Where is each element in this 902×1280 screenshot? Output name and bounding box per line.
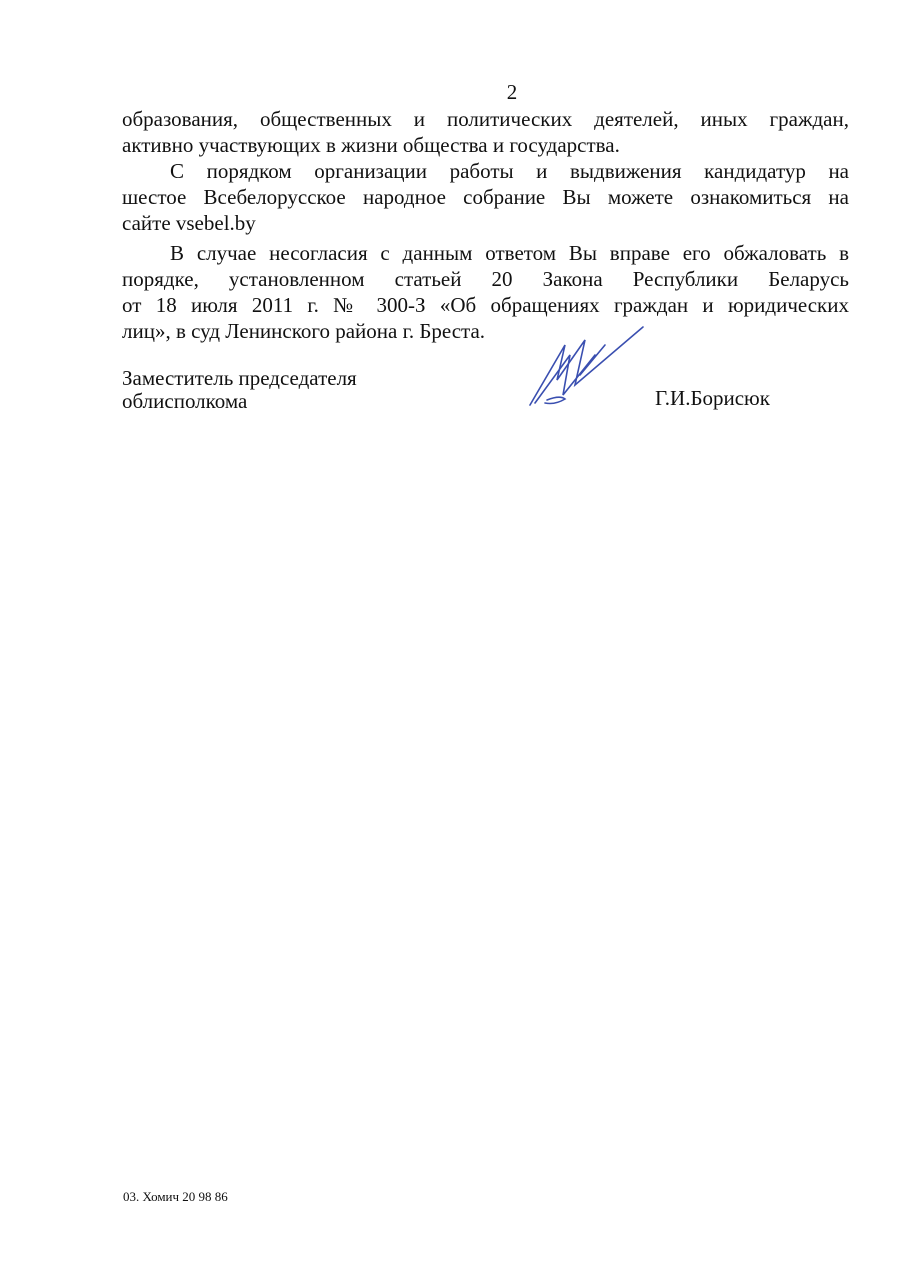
executor-footer: 03. Хомич 20 98 86 xyxy=(123,1189,228,1205)
signer-name: Г.И.Борисюк xyxy=(655,386,770,411)
paragraph-line: порядке, установленном статьей 20 Закона… xyxy=(122,266,849,292)
signer-title-org: облисполкома xyxy=(122,389,247,413)
paragraph-line: образования, общественных и политических… xyxy=(122,106,849,132)
paragraph-line: С порядком организации работы и выдвижен… xyxy=(170,158,849,184)
paragraph-line: лиц», в суд Ленинского района г. Бреста. xyxy=(122,318,849,344)
paragraph-line: В случае несогласия с данным ответом Вы … xyxy=(170,240,849,266)
paragraph-line: шестое Всебелорусское народное собрание … xyxy=(122,184,849,210)
signer-title: Заместитель председателя xyxy=(122,366,357,390)
page-number: 2 xyxy=(0,80,902,105)
paragraph-line: сайте vsebel.by xyxy=(122,210,849,236)
paragraph-line: активно участвующих в жизни общества и г… xyxy=(122,132,849,158)
paragraph-line: от 18 июля 2011 г. № 300-З «Об обращения… xyxy=(122,292,849,318)
handwritten-signature-icon xyxy=(525,325,650,410)
